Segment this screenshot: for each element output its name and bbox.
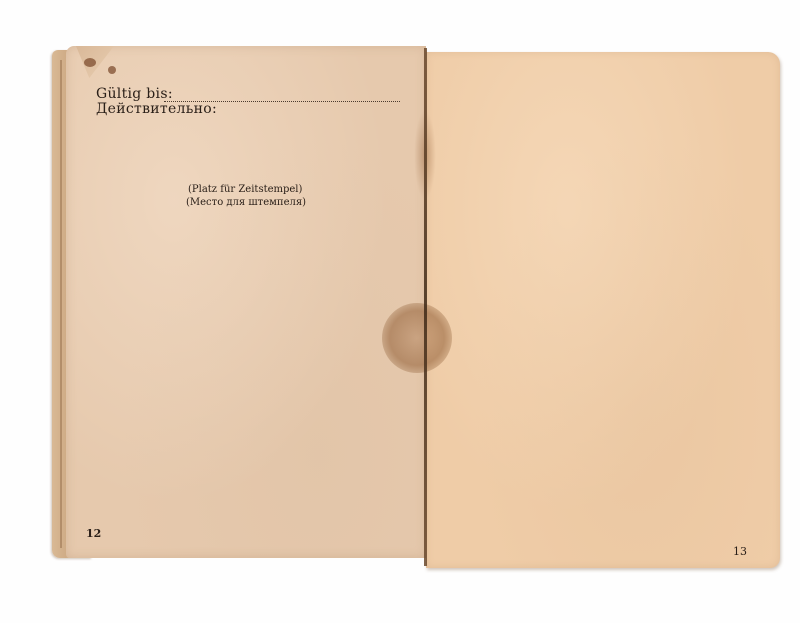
valid-until-label-de: Gültig bis:	[96, 86, 173, 102]
page-number-right: 13	[733, 545, 747, 558]
valid-until-label-ru: Действительно:	[96, 101, 217, 117]
stain-spot	[84, 58, 96, 67]
right-page	[426, 52, 780, 568]
booklet-scan: Gültig bis: Действительно: (Platz für Ze…	[0, 0, 800, 623]
circular-stain	[382, 303, 452, 373]
stain-spot	[108, 66, 116, 74]
left-page	[66, 46, 426, 558]
binding-gutter	[424, 48, 427, 566]
page-number-left: 12	[86, 527, 101, 540]
stamp-placeholder-de: (Platz für Zeitstempel)	[188, 184, 302, 195]
stamp-placeholder-ru: (Место для штемпеля)	[186, 197, 306, 208]
